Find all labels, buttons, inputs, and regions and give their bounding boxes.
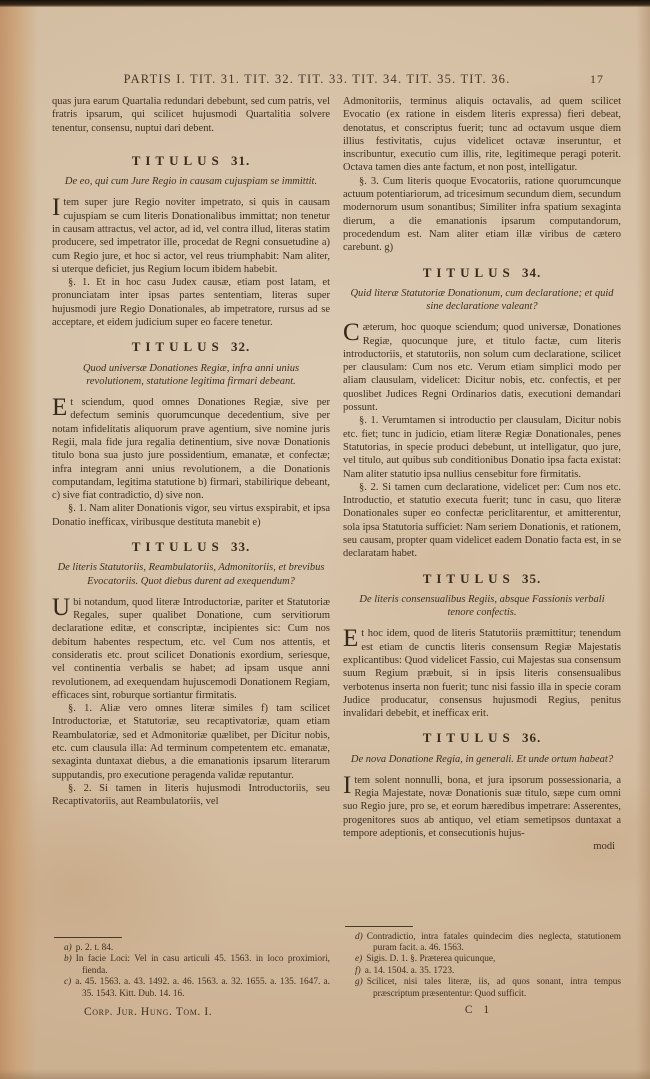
footnote-f: f)a. 14. 1504. a. 35. 1723. bbox=[343, 966, 621, 977]
footnote-label: a) bbox=[64, 943, 76, 953]
drop-cap: C bbox=[343, 321, 363, 344]
heading-word: TITULUS bbox=[423, 265, 515, 280]
paragraph-titulus-34: Cæterum, hoc quoque sciendum; quod unive… bbox=[343, 321, 621, 414]
signature-mark: C 1 bbox=[340, 1004, 618, 1016]
paragraph-text: tem super jure Regio noviter impetrato, … bbox=[52, 197, 330, 274]
paragraph-text: æterum, hoc quoque sciendum; quod univer… bbox=[343, 322, 621, 413]
footnote-text: Sigis. D. 1. §. Præterea quicunque, bbox=[366, 954, 495, 964]
footnote-g: g)Scilicet, nisi tales literæ, iis, ad q… bbox=[343, 977, 621, 1000]
footnote-d: d)Contradictio, intra fatales quindecim … bbox=[343, 932, 621, 955]
top-book-edge bbox=[0, 0, 650, 7]
heading-word: TITULUS bbox=[423, 730, 515, 745]
right-edge-shade bbox=[636, 0, 650, 1079]
paragraph-text: t sciendum, quod omnes Donationes Regiæ,… bbox=[52, 397, 330, 501]
drop-cap: I bbox=[343, 774, 354, 797]
footnote-label: e) bbox=[355, 954, 366, 964]
heading-titulus-32: TITULUS 32. bbox=[52, 340, 330, 353]
heading-number: 36. bbox=[522, 730, 541, 745]
heading-word: TITULUS bbox=[132, 153, 224, 168]
subtitle-titulus-35: De literis consensualibus Regiis, absque… bbox=[347, 593, 617, 619]
footnote-rule bbox=[345, 926, 413, 927]
footnote-label: c) bbox=[64, 977, 75, 987]
subtitle-titulus-36: De nova Donatione Regia, in generali. Et… bbox=[347, 753, 617, 766]
paragraph-section-3: §. 3. Cum literis quoque Evocatoriis, ra… bbox=[343, 175, 621, 255]
page-number: 17 bbox=[574, 72, 620, 87]
right-footnotes: d)Contradictio, intra fatales quindecim … bbox=[343, 916, 621, 1000]
drop-cap: E bbox=[52, 396, 70, 419]
footnote-rule bbox=[54, 937, 122, 938]
paragraph-section-2: §. 2. Si tamen in literis hujusmodi Intr… bbox=[52, 782, 330, 809]
footnote-text: a. 14. 1504. a. 35. 1723. bbox=[365, 966, 455, 976]
subtitle-titulus-31: De eo, qui cum Jure Regio in causam cuju… bbox=[56, 175, 326, 188]
running-head: PARTIS I. TIT. 31. TIT. 32. TIT. 33. TIT… bbox=[60, 72, 620, 87]
running-head-title: PARTIS I. TIT. 31. TIT. 32. TIT. 33. TIT… bbox=[60, 72, 574, 87]
paragraph-text: t hoc idem, quod de literis Statutoriis … bbox=[343, 628, 621, 719]
heading-word: TITULUS bbox=[132, 339, 224, 354]
catchword: modi bbox=[343, 840, 615, 853]
volume-imprint: Corp. Jur. Hung. Tom. I. bbox=[84, 1006, 212, 1018]
heading-number: 33. bbox=[231, 539, 250, 554]
paragraph-section-1: §. 1. Verumtamen si introductio per clau… bbox=[343, 414, 621, 480]
heading-titulus-36: TITULUS 36. bbox=[343, 731, 621, 744]
footnote-text: a. 45. 1563. a. 43. 1492. a. 46. 1563. a… bbox=[75, 977, 330, 998]
paragraph-continuation: quas jura earum Quartalia redundari debe… bbox=[52, 95, 330, 135]
footnote-text: p. 2. t. 84. bbox=[76, 943, 113, 953]
footnote-text: Contradictio, intra fatales quindecim di… bbox=[367, 932, 621, 953]
footnote-text: In facie Loci: Vel in casu articuli 45. … bbox=[76, 954, 330, 975]
heading-number: 35. bbox=[522, 571, 541, 586]
drop-cap: U bbox=[52, 596, 73, 619]
paragraph-titulus-33: Ubi notandum, quod literæ Introductoriæ,… bbox=[52, 596, 330, 702]
drop-cap: E bbox=[343, 627, 361, 650]
paragraph-text: tem solent nonnulli, bona, et jura ipsor… bbox=[343, 775, 621, 839]
heading-number: 34. bbox=[522, 265, 541, 280]
heading-titulus-33: TITULUS 33. bbox=[52, 540, 330, 553]
heading-titulus-35: TITULUS 35. bbox=[343, 572, 621, 585]
paragraph-titulus-31: Item super jure Regio noviter impetrato,… bbox=[52, 196, 330, 276]
right-column: Admonitoriis, terminus aliquis octavalis… bbox=[343, 95, 621, 1000]
gutter-shadow bbox=[0, 0, 38, 1079]
paragraph-section-1: §. 1. Et in hoc casu Judex causæ, etiam … bbox=[52, 276, 330, 329]
paragraph-section-1: §. 1. Aliæ vero omnes literæ similes f) … bbox=[52, 702, 330, 782]
two-column-body: quas jura earum Quartalia redundari debe… bbox=[52, 95, 622, 1000]
drop-cap: I bbox=[52, 196, 63, 219]
heading-titulus-31: TITULUS 31. bbox=[52, 154, 330, 167]
footnote-a: a)p. 2. t. 84. bbox=[52, 943, 330, 954]
subtitle-titulus-34: Quid literæ Statutoriæ Donationum, cum d… bbox=[347, 287, 617, 313]
bottom-edge-shade bbox=[0, 1069, 650, 1079]
paragraph-section-2: §. 2. Si tamen cum declaratione, videlic… bbox=[343, 481, 621, 561]
footnote-b: b)In facie Loci: Vel in casu articuli 45… bbox=[52, 954, 330, 977]
paragraph-section-1: §. 1. Nam aliter Donationis vigor, seu v… bbox=[52, 502, 330, 529]
paragraph-titulus-36: Item solent nonnulli, bona, et jura ipso… bbox=[343, 774, 621, 840]
paragraph-titulus-35: Et hoc idem, quod de literis Statutoriis… bbox=[343, 627, 621, 720]
footnote-c: c)a. 45. 1563. a. 43. 1492. a. 46. 1563.… bbox=[52, 977, 330, 1000]
heading-word: TITULUS bbox=[423, 571, 515, 586]
paragraph-titulus-32: Et sciendum, quod omnes Donationes Regiæ… bbox=[52, 396, 330, 502]
subtitle-titulus-32: Quod universæ Donationes Regiæ, infra an… bbox=[56, 362, 326, 388]
footnote-label: g) bbox=[355, 977, 367, 987]
scanned-book-page: PARTIS I. TIT. 31. TIT. 32. TIT. 33. TIT… bbox=[0, 0, 650, 1079]
left-column: quas jura earum Quartalia redundari debe… bbox=[52, 95, 330, 1000]
paragraph-continuation: Admonitoriis, terminus aliquis octavalis… bbox=[343, 95, 621, 175]
heading-number: 31. bbox=[231, 153, 250, 168]
footnote-text: Scilicet, nisi tales literæ, iis, ad quo… bbox=[367, 977, 621, 998]
subtitle-titulus-33: De literis Statutoriis, Reambulatoriis, … bbox=[56, 561, 326, 587]
footnote-label: f) bbox=[355, 966, 365, 976]
heading-titulus-34: TITULUS 34. bbox=[343, 266, 621, 279]
heading-number: 32. bbox=[231, 339, 250, 354]
paragraph-text: bi notandum, quod literæ Introductoriæ, … bbox=[52, 597, 330, 701]
footnote-label: d) bbox=[355, 932, 367, 942]
footnote-e: e)Sigis. D. 1. §. Præterea quicunque, bbox=[343, 954, 621, 965]
footnote-label: b) bbox=[64, 954, 76, 964]
heading-word: TITULUS bbox=[132, 539, 224, 554]
left-footnotes: a)p. 2. t. 84. b)In facie Loci: Vel in c… bbox=[52, 927, 330, 1000]
